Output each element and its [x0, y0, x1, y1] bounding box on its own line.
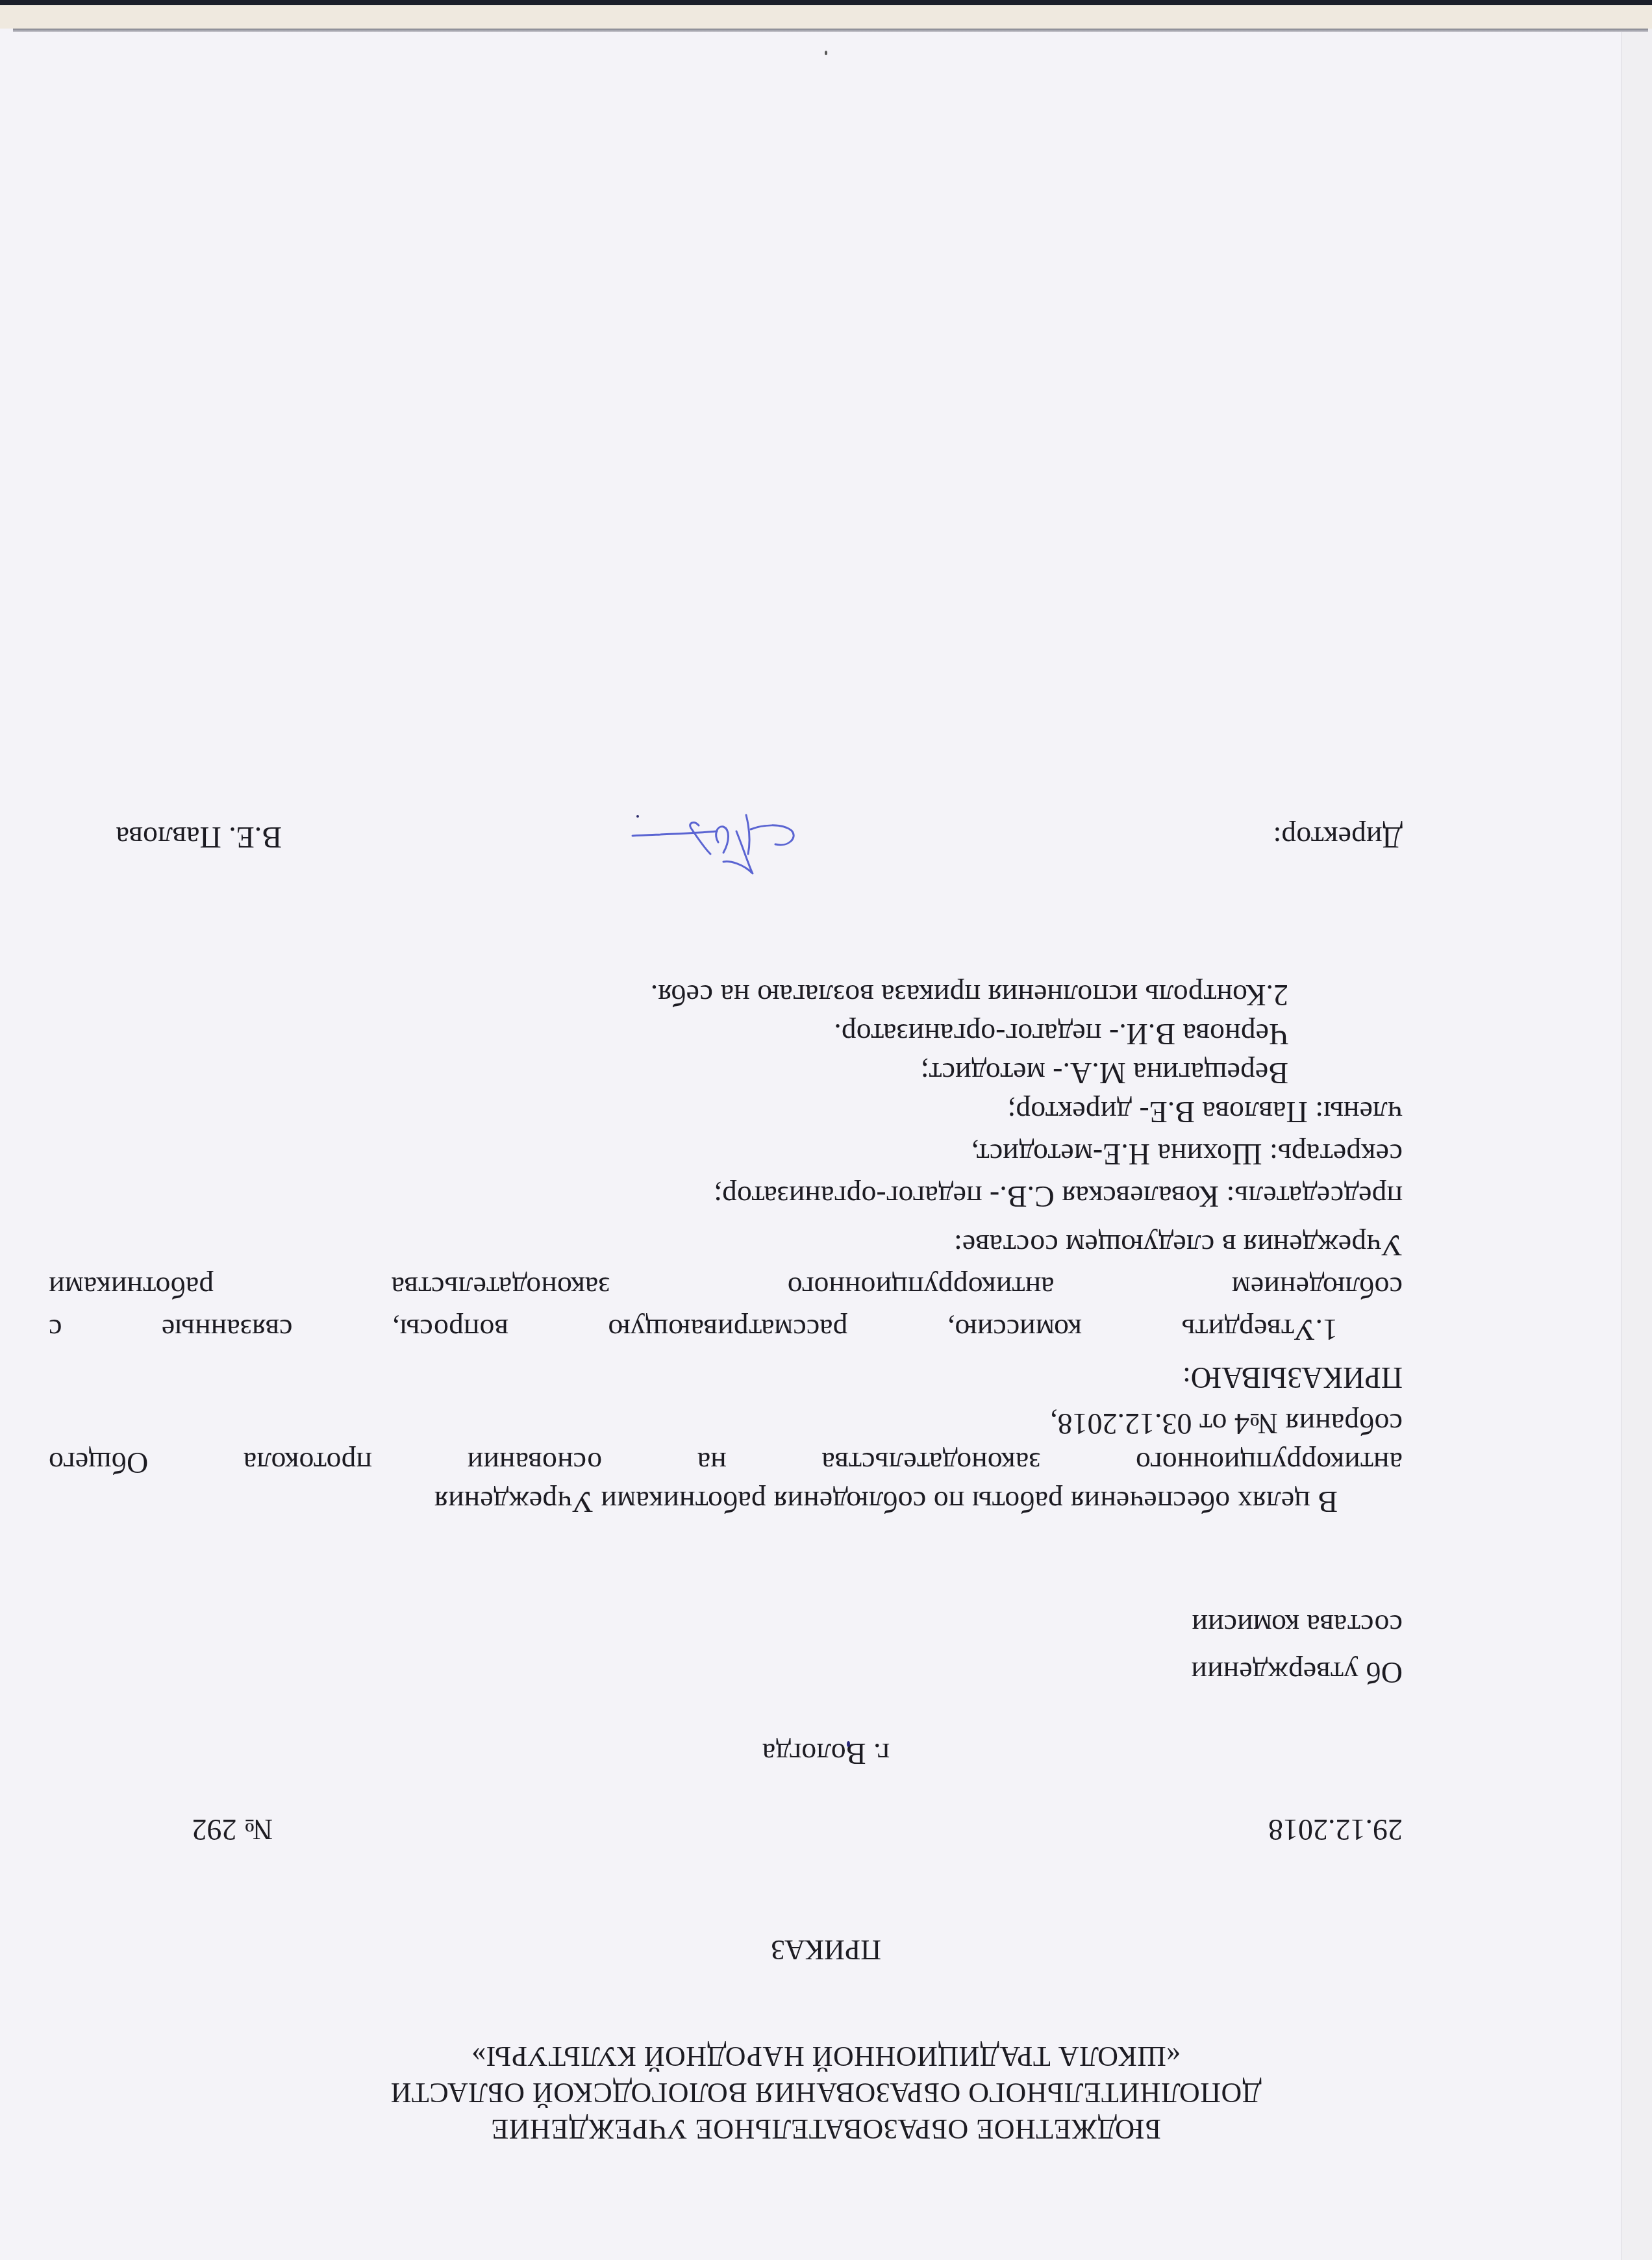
member-secretary: секретарь: Шохина Н.Е-методист, [971, 1139, 1403, 1169]
order-word: ПРИКАЗЫВАЮ: [1183, 1362, 1403, 1392]
member-2: Верещагина М.А.- методист; [921, 1058, 1288, 1088]
scanned-document: БЮДЖЕТНОЕ ОБРАЗОВАТЕЛЬНОЕ УЧРЕЖДЕНИЕ ДОП… [0, 0, 1652, 2260]
order-number: № 292 [192, 1814, 273, 1844]
item1-line-3: Учреждения в следующем составе: [954, 1230, 1403, 1260]
preamble-line-3: собрания №4 от 03.12.2018, [1050, 1409, 1403, 1438]
order-date: 29.12.2018 [1268, 1814, 1403, 1844]
order-title-line-2: состава комисии [1192, 1610, 1403, 1640]
item2: 2.Контроль исполнения приказа возлагаю н… [651, 980, 1288, 1010]
scan-edge-strip [0, 5, 1652, 29]
scan-edge-side [1621, 0, 1652, 2260]
member-1: члены: Павлова В.Е- директор; [1007, 1097, 1403, 1127]
ink-speck [825, 51, 827, 55]
preamble-line-2: антикоррупционного законодательства на о… [49, 1448, 1403, 1477]
page-edge-shadow [13, 29, 1648, 32]
member-3: Чернова В.И.- педагог-организатор. [834, 1019, 1288, 1049]
member-chairman: председатель: Ковалевская С.В.- педагог-… [714, 1181, 1403, 1211]
item1-line-2: соблюдением антикоррупционного законодат… [49, 1272, 1403, 1302]
org-header-line-1: БЮДЖЕТНОЕ ОБРАЗОВАТЕЛЬНОЕ УЧРЕЖДЕНИЕ [0, 2115, 1652, 2143]
order-title-line-1: Об утверждении [1191, 1657, 1403, 1687]
signatory-name: В.Е. Павлова [116, 822, 282, 852]
ink-speck [847, 1741, 850, 1747]
doc-type: ПРИКАЗ [0, 1935, 1652, 1964]
preamble-line-1: В целях обеспечения работы по соблюдения… [434, 1487, 1338, 1516]
scanner-border [0, 0, 1652, 5]
signature-position: Директор: [1273, 822, 1403, 852]
handwritten-signature [607, 802, 827, 893]
city: г. Вологда [0, 1739, 1652, 1768]
item1-line-1: 1.Утвердить комиссию, рассматривающую во… [49, 1314, 1338, 1344]
org-header-line-3: «ШКОЛА ТРАДИЦИОННОЙ НАРОДНОЙ КУЛЬТУРЫ» [0, 2042, 1652, 2070]
org-header-line-2: ДОПОЛНИТЕЛЬНОГО ОБРАЗОВАНИЯ ВОЛОГОДСКОЙ … [0, 2078, 1652, 2107]
